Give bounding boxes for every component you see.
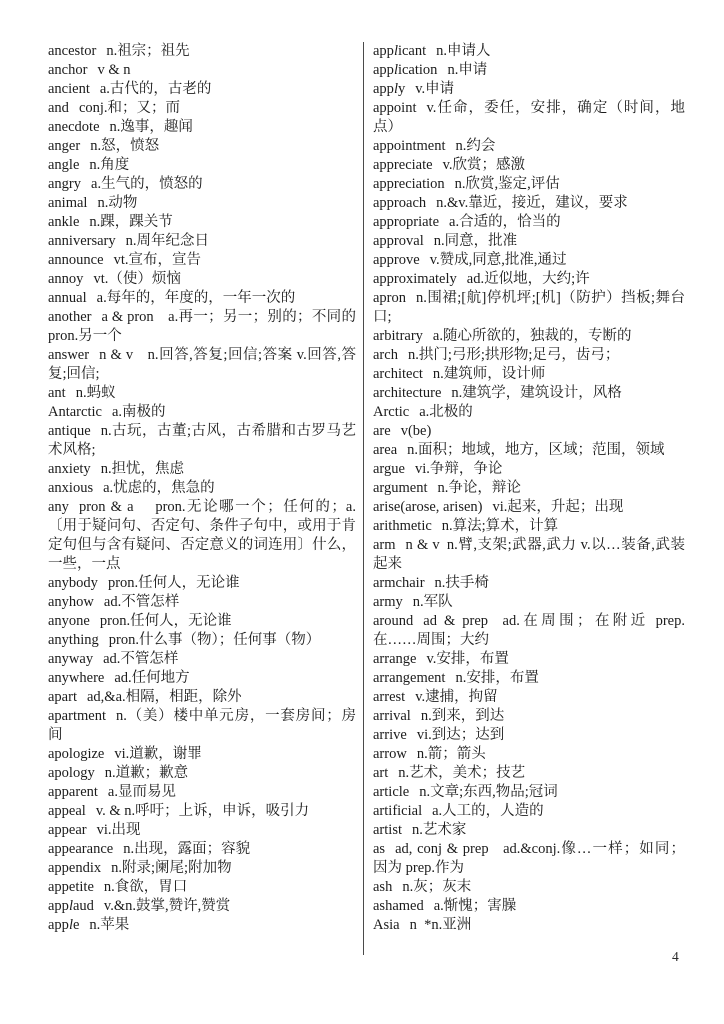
entry-headword: ash (373, 879, 402, 895)
column-left: ancestorn.祖宗；祖先anchorv & nancienta.古代的，古… (48, 42, 356, 955)
entry-definition: a.生气的，愤怒的 (91, 176, 203, 192)
entry-headword: ashamed (373, 898, 434, 914)
entry-headword: apology (48, 765, 105, 781)
entry-headword: arrive (373, 727, 417, 743)
page-number: 4 (672, 949, 679, 965)
entry-headword: arrival (373, 708, 421, 724)
column-right: applicantn.申请人applicationn.申请applyv.申请ap… (373, 42, 685, 955)
entry-headword: apologize (48, 746, 114, 762)
dictionary-entry: anniversaryn.周年纪念日 (48, 232, 356, 251)
dictionary-entry: artn.艺术，美术；技艺 (373, 764, 685, 783)
entry-headword: area (373, 442, 407, 458)
entry-definition: n.艺术，美术；技艺 (398, 765, 525, 781)
dictionary-entry: appreciationn.欣赏,鉴定,评估 (373, 175, 685, 194)
dictionary-entry: anxietyn.担忧，焦虑 (48, 460, 356, 479)
entry-definition: n.安排，布置 (455, 670, 538, 686)
entry-definition: v.欣赏；感激 (443, 157, 525, 173)
entry-definition: n.文章;东西,物品;冠词 (419, 784, 558, 800)
entry-definition: n.同意，批准 (434, 233, 517, 249)
entry-definition: a.随心所欲的，独裁的，专断的 (433, 328, 632, 344)
dictionary-entry: armchairn.扶手椅 (373, 574, 685, 593)
dictionary-entry: approvaln.同意，批准 (373, 232, 685, 251)
entry-definition: n.苹果 (89, 917, 129, 933)
entry-definition: vi.出现 (97, 822, 141, 838)
entry-definition: n.&v.靠近，接近，建议，要求 (436, 195, 628, 211)
entry-headword: appropriate (373, 214, 449, 230)
entry-definition: ad.近似地，大约;许 (467, 271, 590, 287)
entry-definition: v & n (97, 62, 130, 78)
dictionary-entry: arise(arose, arisen)vi.起来，升起；出现 (373, 498, 685, 517)
entry-headword: Antarctic (48, 404, 112, 420)
entry-headword: army (373, 594, 413, 610)
dictionary-entry: ashameda.惭愧；害臊 (373, 897, 685, 916)
entry-definition: ad,&a.相隔，相距，除外 (87, 689, 242, 705)
entry-headword: approximately (373, 271, 467, 287)
entry-headword: art (373, 765, 398, 781)
dictionary-entry: anybodypron.任何人，无论谁 (48, 574, 356, 593)
dictionary-entry: articlen.文章;东西,物品;冠词 (373, 783, 685, 802)
dictionary-entry: anywheread.任何地方 (48, 669, 356, 688)
entry-headword: as (373, 841, 395, 857)
entry-headword: any (48, 499, 79, 515)
dictionary-entry: annuala.每年的，年度的，一年一次的 (48, 289, 356, 308)
entry-definition: a.忧虑的，焦急的 (103, 480, 215, 496)
entry-headword: appeal (48, 803, 96, 819)
dictionary-entry: anklen.踝，踝关节 (48, 213, 356, 232)
dictionary-entry: anxiousa.忧虑的，焦急的 (48, 479, 356, 498)
dictionary-entry: annoyvt.（使）烦恼 (48, 270, 356, 289)
dictionary-entry: arbitrarya.随心所欲的，独裁的，专断的 (373, 327, 685, 346)
entry-headword: anniversary (48, 233, 126, 249)
entry-definition: pron & a pron.无论哪一个；任何的；a.〔用于疑问句、否定句、条件子… (48, 499, 356, 572)
dictionary-entry: anywayad.不管怎样 (48, 650, 356, 669)
entry-definition: v.逮捕，拘留 (415, 689, 497, 705)
entry-definition: n.箭；箭头 (417, 746, 486, 762)
entry-headword: anchor (48, 62, 97, 78)
entry-definition: n.军队 (413, 594, 453, 610)
dictionary-entry: arrivevi.到达；达到 (373, 726, 685, 745)
entry-definition: vi.到达；达到 (417, 727, 504, 743)
entry-headword: artist (373, 822, 412, 838)
entry-headword: ancestor (48, 43, 106, 59)
entry-definition: n.建筑学，建筑设计，风格 (451, 385, 621, 401)
entry-definition: n.灰；灰末 (402, 879, 471, 895)
entry-headword: arm (373, 537, 406, 553)
entry-definition: n.拱门;弓形;拱形物;足弓，齿弓； (408, 347, 619, 363)
dictionary-entry: angrya.生气的，愤怒的 (48, 175, 356, 194)
entry-definition: a.南极的 (112, 404, 166, 420)
dictionary-entry: apronn.围裙;[航]停机坪;[机]（防护）挡板;舞台口; (373, 289, 685, 327)
dictionary-entry: armyn.军队 (373, 593, 685, 612)
entry-definition: ad, conj & prep ad.&conj.像…一样；如同；因为 prep… (373, 841, 685, 876)
dictionary-entry: architecturen.建筑学，建筑设计，风格 (373, 384, 685, 403)
entry-headword: approval (373, 233, 434, 249)
entry-headword: applicant (373, 43, 436, 59)
dictionary-entry: aroundad & prep ad.在周围；在附近 prep.在……周围；大约 (373, 612, 685, 650)
dictionary-entry: anecdoten.逸事，趣闻 (48, 118, 356, 137)
entry-headword: arrangement (373, 670, 455, 686)
dictionary-entry: ashn.灰；灰末 (373, 878, 685, 897)
entry-headword: architect (373, 366, 433, 382)
dictionary-entry: arrown.箭；箭头 (373, 745, 685, 764)
dictionary-entry: apartad,&a.相隔，相距，除外 (48, 688, 356, 707)
dictionary-entry: animaln.动物 (48, 194, 356, 213)
entry-definition: n.逸事，趣闻 (110, 119, 193, 135)
dictionary-entry: arrestv.逮捕，拘留 (373, 688, 685, 707)
entry-definition: a.每年的，年度的，一年一次的 (97, 290, 296, 306)
entry-headword: apartment (48, 708, 116, 724)
entry-headword: anywhere (48, 670, 114, 686)
column-divider (363, 42, 364, 955)
entry-headword: anything (48, 632, 109, 648)
entry-headword: another (48, 309, 101, 325)
entry-definition: a.合适的，恰当的 (449, 214, 561, 230)
dictionary-entry: approvev.赞成,同意,批准,通过 (373, 251, 685, 270)
dictionary-entry: artificiala.人工的，人造的 (373, 802, 685, 821)
entry-headword: and (48, 100, 79, 116)
entry-definition: n.约会 (456, 138, 496, 154)
entry-headword: appreciation (373, 176, 455, 192)
entry-headword: anxiety (48, 461, 101, 477)
entry-definition: n.角度 (89, 157, 129, 173)
dictionary-entry: answern & v n.回答,答复;回信;答案 v.回答,答复;回信; (48, 346, 356, 384)
entry-headword: answer (48, 347, 99, 363)
entry-headword: around (373, 613, 423, 629)
entry-definition: v. & n.呼吁；上诉，申诉，吸引力 (96, 803, 309, 819)
entry-headword: arrow (373, 746, 417, 762)
entry-headword: appoint (373, 100, 427, 116)
entry-definition: n.面积；地域，地方，区域；范围，领域 (407, 442, 664, 458)
dictionary-entry: arrangementn.安排，布置 (373, 669, 685, 688)
entry-definition: vi.争辩，争论 (415, 461, 502, 477)
entry-headword: artificial (373, 803, 432, 819)
entry-headword: apple (48, 917, 89, 933)
dictionary-entry: anyonepron.任何人，无论谁 (48, 612, 356, 631)
entry-definition: n.担忧，焦虑 (101, 461, 184, 477)
entry-definition: n.附录;阑尾;附加物 (111, 860, 231, 876)
dictionary-entry: apologyn.道歉；歉意 (48, 764, 356, 783)
entry-headword: angle (48, 157, 89, 173)
entry-definition: v.申请 (415, 81, 454, 97)
entry-headword: application (373, 62, 447, 78)
entry-definition: ad.不管怎样 (104, 594, 179, 610)
entry-headword: appetite (48, 879, 104, 895)
dictionary-entry: arrivaln.到来，到达 (373, 707, 685, 726)
entry-headword: anybody (48, 575, 108, 591)
dictionary-entry: approachn.&v.靠近，接近，建议，要求 (373, 194, 685, 213)
entry-definition: v.赞成,同意,批准,通过 (430, 252, 567, 268)
dictionary-entry: anothera & pron a.再一；另一；别的；不同的 pron.另一个 (48, 308, 356, 346)
entry-headword: applaud (48, 898, 104, 914)
entry-headword: Arctic (373, 404, 419, 420)
entry-headword: animal (48, 195, 97, 211)
entry-definition: n.申请人 (436, 43, 490, 59)
entry-headword: anyway (48, 651, 103, 667)
entry-headword: approve (373, 252, 430, 268)
entry-definition: v.&n.鼓掌,赞许,赞赏 (104, 898, 230, 914)
entry-headword: architecture (373, 385, 451, 401)
entry-headword: article (373, 784, 419, 800)
dictionary-entry: anythingpron.什么事（物）；任何事（物） (48, 631, 356, 650)
dictionary-entry: architectn.建筑师，设计师 (373, 365, 685, 384)
entry-definition: n.动物 (97, 195, 137, 211)
entry-definition: v.安排，布置 (426, 651, 508, 667)
entry-definition: n.围裙;[航]停机坪;[机]（防护）挡板;舞台口; (373, 290, 685, 325)
entry-definition: pron.任何人，无论谁 (108, 575, 240, 591)
entry-definition: n.踝，踝关节 (89, 214, 172, 230)
dictionary-entry: artistn.艺术家 (373, 821, 685, 840)
entry-definition: a.古代的，古老的 (100, 81, 212, 97)
dictionary-entry: appendixn.附录;阑尾;附加物 (48, 859, 356, 878)
entry-headword: arise(arose, arisen) (373, 499, 493, 515)
entry-headword: anxious (48, 480, 103, 496)
entry-definition: ad.任何地方 (114, 670, 189, 686)
entry-definition: n.祖宗；祖先 (106, 43, 189, 59)
dictionary-entry: argumentn.争论，辩论 (373, 479, 685, 498)
entry-headword: apart (48, 689, 87, 705)
dictionary-entry: anyhowad.不管怎样 (48, 593, 356, 612)
entry-headword: appearance (48, 841, 123, 857)
entry-definition: n.建筑师，设计师 (433, 366, 545, 382)
entry-definition: n.艺术家 (412, 822, 466, 838)
dictionary-entry: applyv.申请 (373, 80, 685, 99)
dictionary-entry: applicantn.申请人 (373, 42, 685, 61)
entry-definition: ad.不管怎样 (103, 651, 178, 667)
dictionary-entry: appealv. & n.呼吁；上诉，申诉，吸引力 (48, 802, 356, 821)
entry-headword: arrest (373, 689, 415, 705)
dictionary-entry: anchorv & n (48, 61, 356, 80)
entry-definition: n.欣赏,鉴定,评估 (455, 176, 560, 192)
dictionary-entry: arguevi.争辩，争论 (373, 460, 685, 479)
dictionary-entry: angern.怒，愤怒 (48, 137, 356, 156)
dictionary-entry: arean.面积；地域，地方，区域；范围，领域 (373, 441, 685, 460)
entry-definition: vi.道歉，谢罪 (114, 746, 201, 762)
entry-headword: ant (48, 385, 76, 401)
entry-headword: appointment (373, 138, 456, 154)
entry-definition: n *n.亚洲 (410, 917, 472, 933)
entry-headword: antique (48, 423, 101, 439)
dictionary-entry: apologizevi.道歉，谢罪 (48, 745, 356, 764)
dictionary-entry: Arctica.北极的 (373, 403, 685, 422)
entry-headword: announce (48, 252, 114, 268)
dictionary-entry: applaudv.&n.鼓掌,赞许,赞赏 (48, 897, 356, 916)
entry-definition: n.争论，辩论 (438, 480, 521, 496)
entry-definition: n.食欲，胃口 (104, 879, 187, 895)
dictionary-entry: asad, conj & prep ad.&conj.像…一样；如同；因为 pr… (373, 840, 685, 878)
entry-definition: n.怒，愤怒 (90, 138, 159, 154)
dictionary-entry: arev(be) (373, 422, 685, 441)
entry-headword: arrange (373, 651, 426, 667)
entry-definition: conj.和；又；而 (79, 100, 180, 116)
entry-definition: n.扶手椅 (435, 575, 489, 591)
entry-headword: anyhow (48, 594, 104, 610)
entry-definition: n.算法;算术，计算 (442, 518, 558, 534)
dictionary-entry: appointmentn.约会 (373, 137, 685, 156)
dictionary-entry: appearancen.出现，露面；容貌 (48, 840, 356, 859)
entry-definition: n.蚂蚁 (76, 385, 116, 401)
entry-headword: are (373, 423, 401, 439)
entry-headword: annual (48, 290, 97, 306)
entry-definition: pron.任何人，无论谁 (100, 613, 232, 629)
entry-headword: ancient (48, 81, 100, 97)
entry-headword: arch (373, 347, 408, 363)
entry-headword: arithmetic (373, 518, 442, 534)
entry-headword: appendix (48, 860, 111, 876)
document-page: ancestorn.祖宗；祖先anchorv & nancienta.古代的，古… (0, 0, 724, 1024)
vocabulary-columns: ancestorn.祖宗；祖先anchorv & nancienta.古代的，古… (48, 42, 685, 955)
entry-definition: n.道歉；歉意 (105, 765, 188, 781)
entry-definition: vt.宣布，宣告 (114, 252, 201, 268)
dictionary-entry: arithmeticn.算法;算术，计算 (373, 517, 685, 536)
entry-headword: angry (48, 176, 91, 192)
dictionary-entry: appearvi.出现 (48, 821, 356, 840)
entry-headword: argue (373, 461, 415, 477)
dictionary-entry: antiquen.古玩，古董;古风，古希腊和古罗马艺术风格; (48, 422, 356, 460)
entry-headword: apparent (48, 784, 108, 800)
entry-definition: n & v n.臂,支架;武器,武力 v.以…装备,武装起来 (373, 537, 685, 572)
entry-definition: a.惭愧；害臊 (434, 898, 517, 914)
entry-headword: appear (48, 822, 97, 838)
entry-headword: anecdote (48, 119, 110, 135)
entry-headword: annoy (48, 271, 93, 287)
entry-definition: vi.起来，升起；出现 (493, 499, 624, 515)
dictionary-entry: Antarctica.南极的 (48, 403, 356, 422)
entry-headword: arbitrary (373, 328, 433, 344)
dictionary-entry: appropriatea.合适的，恰当的 (373, 213, 685, 232)
dictionary-entry: antn.蚂蚁 (48, 384, 356, 403)
entry-definition: vt.（使）烦恼 (93, 271, 180, 287)
entry-headword: appreciate (373, 157, 443, 173)
entry-definition: a.北极的 (419, 404, 473, 420)
entry-headword: argument (373, 480, 438, 496)
dictionary-entry: archn.拱门;弓形;拱形物;足弓，齿弓； (373, 346, 685, 365)
dictionary-entry: armn & v n.臂,支架;武器,武力 v.以…装备,武装起来 (373, 536, 685, 574)
entry-definition: n.周年纪念日 (126, 233, 209, 249)
dictionary-entry: andconj.和；又；而 (48, 99, 356, 118)
entry-headword: apron (373, 290, 416, 306)
dictionary-entry: Asian *n.亚洲 (373, 916, 685, 935)
entry-definition: a.显而易见 (108, 784, 176, 800)
entry-definition: n.出现，露面；容貌 (123, 841, 250, 857)
dictionary-entry: approximatelyad.近似地，大约;许 (373, 270, 685, 289)
entry-definition: v(be) (401, 423, 432, 439)
dictionary-entry: appetiten.食欲，胃口 (48, 878, 356, 897)
entry-headword: apply (373, 81, 415, 97)
dictionary-entry: apartmentn.（美）楼中单元房，一套房间；房间 (48, 707, 356, 745)
entry-headword: anger (48, 138, 90, 154)
entry-definition: n.到来，到达 (421, 708, 504, 724)
entry-definition: n.申请 (447, 62, 487, 78)
dictionary-entry: appointv.任命，委任，安排，确定（时间，地点） (373, 99, 685, 137)
dictionary-entry: anypron & a pron.无论哪一个；任何的；a.〔用于疑问句、否定句、… (48, 498, 356, 574)
entry-definition: a.人工的，人造的 (432, 803, 544, 819)
entry-definition: pron.什么事（物）；任何事（物） (109, 632, 320, 648)
entry-headword: anyone (48, 613, 100, 629)
dictionary-entry: appreciatev.欣赏；感激 (373, 156, 685, 175)
dictionary-entry: announcevt.宣布，宣告 (48, 251, 356, 270)
dictionary-entry: ancestorn.祖宗；祖先 (48, 42, 356, 61)
entry-headword: armchair (373, 575, 435, 591)
dictionary-entry: arrangev.安排，布置 (373, 650, 685, 669)
entry-headword: Asia (373, 917, 410, 933)
dictionary-entry: ancienta.古代的，古老的 (48, 80, 356, 99)
dictionary-entry: apparenta.显而易见 (48, 783, 356, 802)
dictionary-entry: applen.苹果 (48, 916, 356, 935)
entry-headword: approach (373, 195, 436, 211)
entry-headword: ankle (48, 214, 89, 230)
dictionary-entry: applicationn.申请 (373, 61, 685, 80)
dictionary-entry: anglen.角度 (48, 156, 356, 175)
